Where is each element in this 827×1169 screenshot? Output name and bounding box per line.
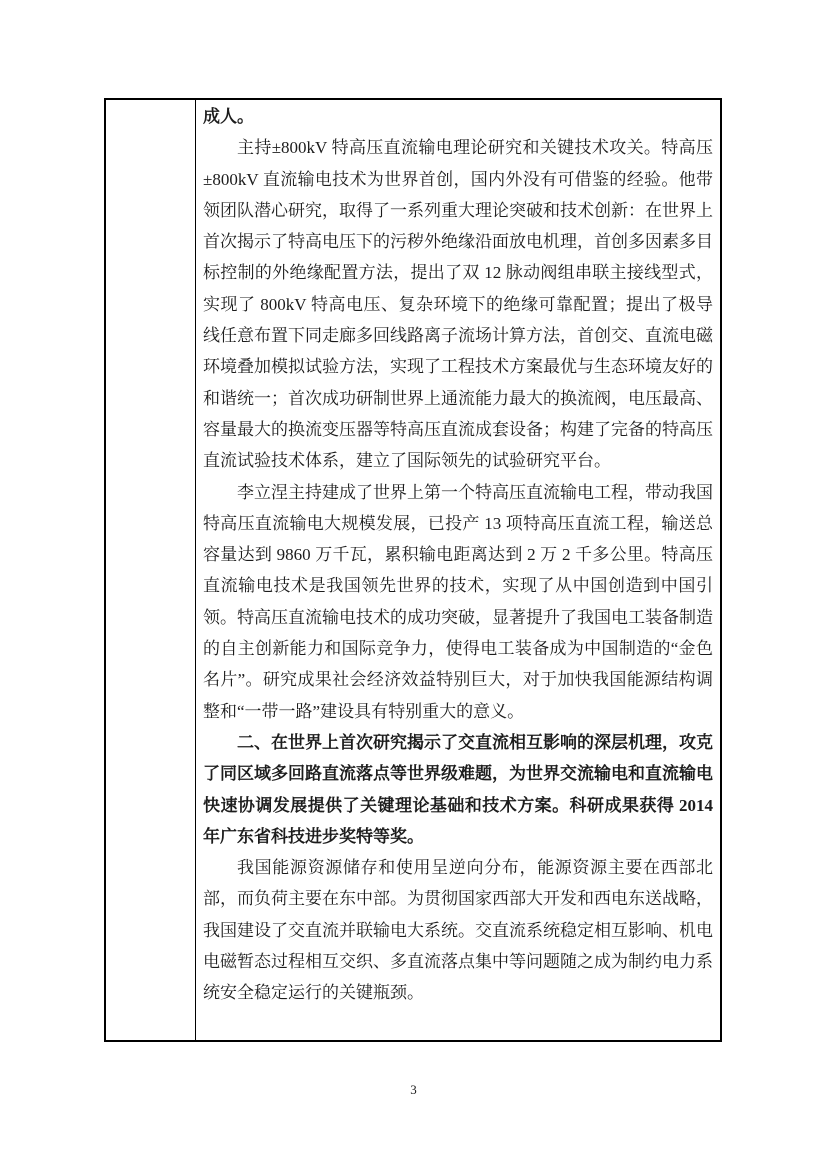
carryover-sentence-tail: 成人。 bbox=[203, 101, 713, 132]
table-content-cell: 成人。 主持±800kV 特高压直流输电理论研究和关键技术攻关。特高压±800k… bbox=[196, 100, 720, 1040]
page-number: 3 bbox=[0, 1082, 827, 1098]
uhvdc-research-paragraph: 主持±800kV 特高压直流输电理论研究和关键技术攻关。特高压±800kV 直流… bbox=[203, 132, 713, 476]
energy-distribution-paragraph: 我国能源资源储存和使用呈逆向分布，能源资源主要在西部北部，而负荷主要在东中部。为… bbox=[203, 852, 713, 1008]
uhvdc-projects-paragraph: 李立涅主持建成了世界上第一个特高压直流输电工程，带动我国特高压直流输电大规模发展… bbox=[203, 477, 713, 727]
table-left-cell bbox=[106, 100, 196, 1040]
content-table: 成人。 主持±800kV 特高压直流输电理论研究和关键技术攻关。特高压±800k… bbox=[104, 98, 722, 1042]
achievement-two-heading: 二、在世界上首次研究揭示了交直流相互影响的深层机理，攻克了同区域多回路直流落点等… bbox=[203, 727, 713, 852]
